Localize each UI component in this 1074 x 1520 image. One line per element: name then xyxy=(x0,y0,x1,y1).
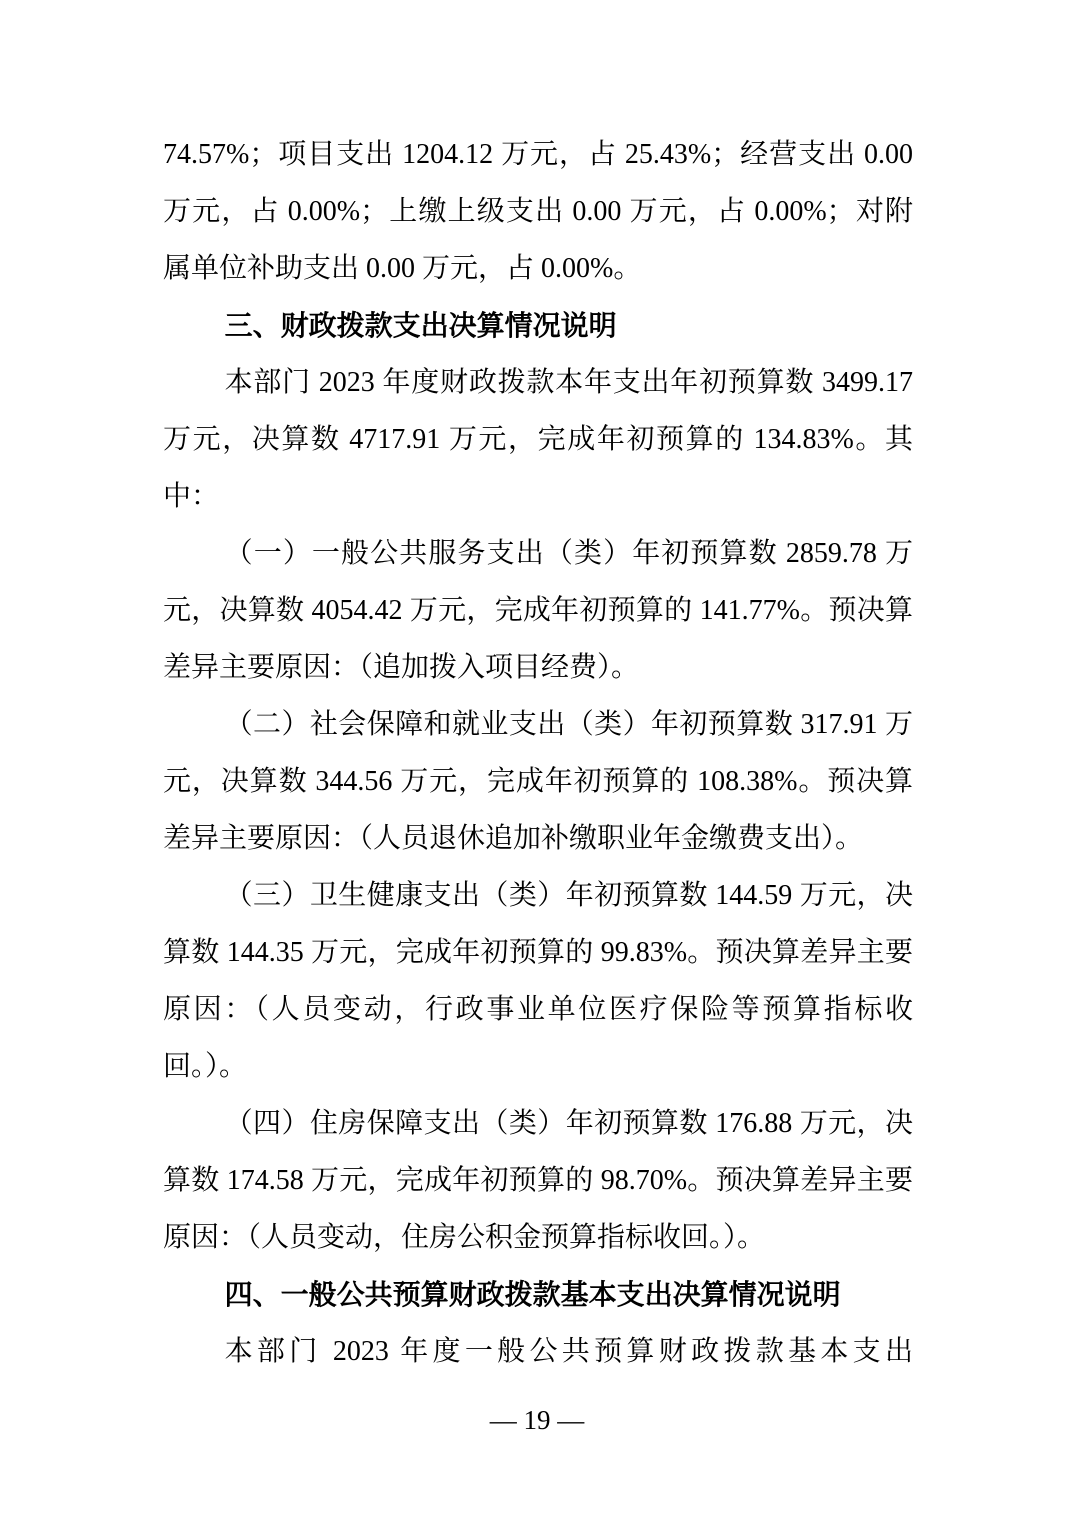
section-heading: 四、一般公共预算财政拨款基本支出决算情况说明 xyxy=(163,1266,913,1323)
body-paragraph: （三）卫生健康支出（类）年初预算数 144.59 万元，决算数 144.35 万… xyxy=(163,867,913,1095)
section-heading: 三、财政拨款支出决算情况说明 xyxy=(163,297,913,354)
body-paragraph: （四）住房保障支出（类）年初预算数 176.88 万元，决算数 174.58 万… xyxy=(163,1095,913,1266)
body-paragraph-continuation: 74.57%；项目支出 1204.12 万元，占 25.43%；经营支出 0.0… xyxy=(163,126,913,297)
body-paragraph: 本部门 2023 年度财政拨款本年支出年初预算数 3499.17 万元，决算数 … xyxy=(163,354,913,525)
page-number: — 19 — xyxy=(490,1405,585,1435)
document-page: 74.57%；项目支出 1204.12 万元，占 25.43%；经营支出 0.0… xyxy=(0,0,1074,1520)
body-paragraph-justified: 本部门 2023 年度一般公共预算财政拨款基本支出 xyxy=(163,1323,913,1380)
body-paragraph: （一）一般公共服务支出（类）年初预算数 2859.78 万元，决算数 4054.… xyxy=(163,525,913,696)
page-footer: — 19 — xyxy=(0,1402,1074,1438)
body-paragraph: （二）社会保障和就业支出（类）年初预算数 317.91 万元，决算数 344.5… xyxy=(163,696,913,867)
page-content: 74.57%；项目支出 1204.12 万元，占 25.43%；经营支出 0.0… xyxy=(163,126,913,1380)
